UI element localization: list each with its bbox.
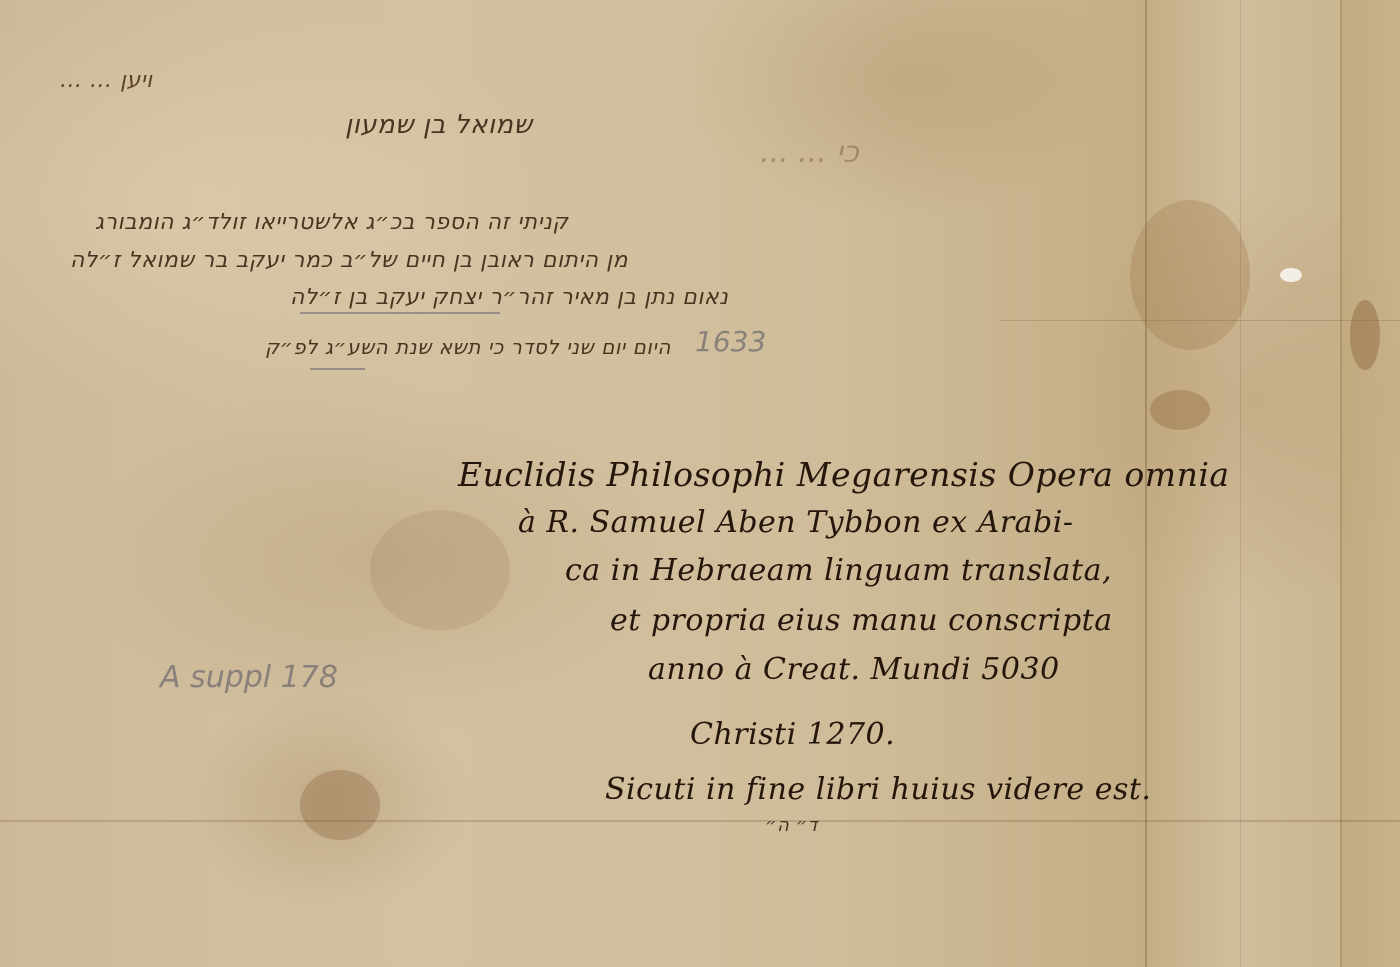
latin-line-6: Christi 1270. — [690, 717, 895, 752]
hebrew-line-4: היום יום שני לסדר כי תשא שנת השע״ג לפ״ק — [265, 335, 671, 359]
latin-line-1: Euclidis Philosophi Megarensis Opera omn… — [458, 455, 1230, 494]
hebrew-scribble-header: ויען ... ... — [60, 68, 153, 93]
stain — [1350, 300, 1380, 370]
latin-line-3: ca in Hebraeam linguam translata, — [565, 553, 1112, 588]
stain — [1150, 390, 1210, 430]
pencil-year-note: 1633 — [695, 325, 766, 358]
stain — [370, 510, 510, 630]
pencil-underline — [300, 312, 500, 314]
hebrew-footnote: ד״ ה״ — [765, 815, 818, 836]
latin-line-7: Sicuti in fine libri huius videre est. — [605, 772, 1151, 807]
hebrew-line-3: נאום נתן בן מאיר זהר״ר יצחק יעקב בן ז״לה — [290, 285, 728, 310]
pencil-underline — [310, 368, 365, 370]
stain — [300, 770, 380, 840]
manuscript-page: ויען ... ... שמואל בן שמעון כי ... ... ק… — [0, 0, 1400, 967]
hebrew-line-2: מן היתום ראובן בן חיים של״ב כמר יעקב בר … — [70, 248, 628, 273]
hebrew-line-1: קניתי זה הספר בכ״ג אלשטרייאו זולד״ג הומב… — [95, 210, 568, 235]
worm-hole — [1280, 268, 1302, 282]
hebrew-signature: שמואל בן שמעון — [345, 110, 533, 140]
latin-line-2: à R. Samuel Aben Tybbon ex Arabi- — [518, 505, 1073, 540]
stain — [1130, 200, 1250, 350]
hebrew-offset-text: כי ... ... — [760, 135, 859, 170]
fold-line — [0, 820, 1400, 822]
latin-line-4: et propria eius manu conscripta — [610, 603, 1113, 638]
pencil-shelfmark: A suppl 178 — [160, 660, 338, 695]
latin-line-5: anno à Creat. Mundi 5030 — [648, 652, 1060, 687]
